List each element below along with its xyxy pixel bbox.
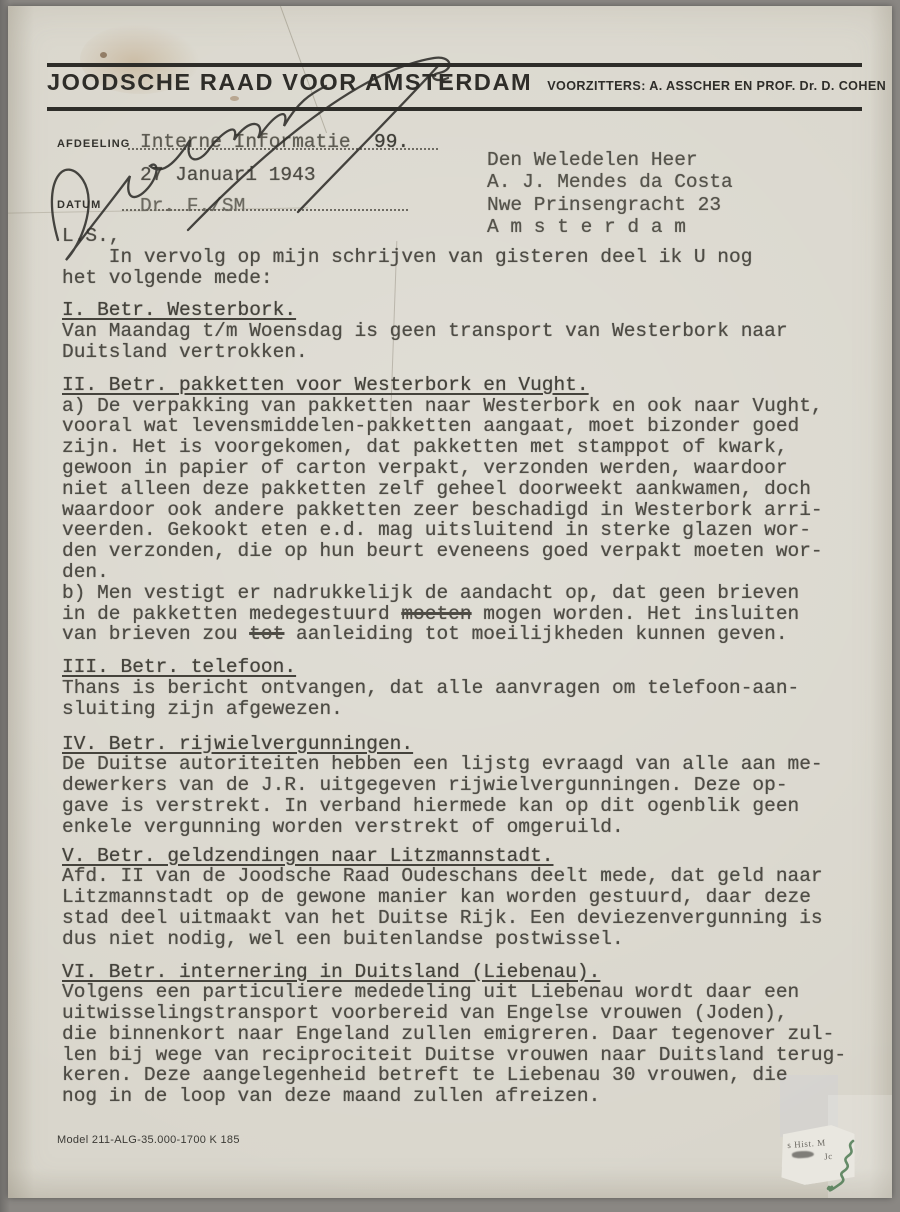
text-line: keren. Deze aangelegenheid betreft te Li…	[62, 1065, 870, 1086]
section-heading: IV. Betr. rijwielvergunningen.	[62, 734, 870, 755]
section-lines: Van Maandag t/m Woensdag is geen transpo…	[62, 321, 870, 363]
handwritten-annotation	[38, 28, 498, 298]
text-line: Litzmannstadt op de gewone manier kan wo…	[62, 887, 870, 908]
section-heading: III. Betr. telefoon.	[62, 657, 870, 678]
section-heading-text: I. Betr. Westerbork.	[62, 299, 296, 321]
chairmen-line: VOORZITTERS: A. ASSCHER EN PROF. Dr. D. …	[547, 79, 886, 93]
text-line: den.	[62, 562, 870, 583]
text-line: len bij wege van reciprociteit Duitse vr…	[62, 1045, 870, 1066]
text-line: gewoon in papier of carton verpakt, verz…	[62, 458, 870, 479]
letter-body: L.S., In vervolg op mijn schrijven van g…	[62, 226, 870, 1107]
section-internering: VI. Betr. internering in Duitsland (Lieb…	[62, 962, 870, 1108]
text-line: zijn. Het is voorgekomen, dat pakketten …	[62, 437, 870, 458]
text-line: niet alleen deze pakketten zelf geheel d…	[62, 479, 870, 500]
text-line: De Duitse autoriteiten hebben een lijstg…	[62, 754, 870, 775]
text-line: dus niet nodig, wel een buitenlandse pos…	[62, 929, 870, 950]
form-model-number: Model 211-ALG-35.000-1700 K 185	[57, 1134, 240, 1146]
section-heading-text: V. Betr. geldzendingen naar Litzmannstad…	[62, 845, 553, 867]
section-lines: Volgens een particuliere mededeling uit …	[62, 982, 870, 1107]
text-line: nog in de loop van deze maand zullen afr…	[62, 1086, 870, 1107]
section-telefoon: III. Betr. telefoon. Thans is bericht on…	[62, 657, 870, 719]
text-line: waardoor ook andere pakketten zeer besch…	[62, 500, 870, 521]
section-lines: De Duitse autoriteiten hebben een lijstg…	[62, 754, 870, 837]
text-line: Volgens een particuliere mededeling uit …	[62, 982, 870, 1003]
text-line: uitwisselingstransport voorbereid van En…	[62, 1003, 870, 1024]
text-line: b) Men vestigt er nadrukkelijk de aandac…	[62, 583, 870, 604]
section-pakketten: II. Betr. pakketten voor Westerbork en V…	[62, 375, 870, 645]
green-ink-mark	[823, 1138, 871, 1196]
section-heading-text: III. Betr. telefoon.	[62, 656, 296, 678]
text-line: van brieven zou tot aanleiding tot moeil…	[62, 624, 870, 645]
section-heading-text: IV. Betr. rijwielvergunningen.	[62, 733, 413, 755]
section-heading: II. Betr. pakketten voor Westerbork en V…	[62, 375, 870, 396]
text-line: Van Maandag t/m Woensdag is geen transpo…	[62, 321, 870, 342]
text-line: den verzonden, die op hun beurt eveneens…	[62, 541, 870, 562]
text-line: dewerkers van de J.R. uitgegeven rijwiel…	[62, 775, 870, 796]
text-line: veerden. Gekookt eten e.d. mag uitsluite…	[62, 520, 870, 541]
section-heading-text: VI. Betr. internering in Duitsland (Lieb…	[62, 961, 600, 983]
text-line: in de pakketten medegestuurd moeten moge…	[62, 604, 870, 625]
text-line: die binnenkort naar Engeland zullen emig…	[62, 1024, 870, 1045]
text-line: stad deel uitmaakt van het Duitse Rijk. …	[62, 908, 870, 929]
section-geldzendingen: V. Betr. geldzendingen naar Litzmannstad…	[62, 846, 870, 950]
text-line: Thans is bericht ontvangen, dat alle aan…	[62, 678, 870, 699]
text-line: A. J. Mendes da Costa	[487, 171, 733, 193]
section-lines: Thans is bericht ontvangen, dat alle aan…	[62, 678, 870, 720]
text-line: Duitsland vertrokken.	[62, 342, 870, 363]
section-westerbork: I. Betr. Westerbork. Van Maandag t/m Woe…	[62, 300, 870, 362]
section-heading-text: II. Betr. pakketten voor Westerbork en V…	[62, 374, 589, 396]
text-line: enkele vergunning worden verstrekt of om…	[62, 817, 870, 838]
text-line: a) De verpakking van pakketten naar West…	[62, 396, 870, 417]
text-line: vooral wat levensmiddelen-pakketten aang…	[62, 416, 870, 437]
section-heading: V. Betr. geldzendingen naar Litzmannstad…	[62, 846, 870, 867]
section-rijwielvergunningen: IV. Betr. rijwielvergunningen. De Duitse…	[62, 734, 870, 838]
sticker-smudge	[792, 1150, 814, 1159]
text-line: gave is verstrekt. In verband hiermede k…	[62, 796, 870, 817]
text-line: Afd. II van de Joodsche Raad Oudeschans …	[62, 866, 870, 887]
sticker-text: s Hist. M	[787, 1137, 826, 1150]
text-line: sluiting zijn afgewezen.	[62, 699, 870, 720]
section-lines: Afd. II van de Joodsche Raad Oudeschans …	[62, 866, 870, 949]
section-heading: VI. Betr. internering in Duitsland (Lieb…	[62, 962, 870, 983]
section-lines: a) De verpakking van pakketten naar West…	[62, 396, 870, 646]
text-line: Den Weledelen Heer	[487, 149, 733, 171]
text-line: Nwe Prinsengracht 23	[487, 194, 733, 216]
document-page: JOODSCHE RAAD VOOR AMSTERDAM VOORZITTERS…	[8, 6, 892, 1198]
section-heading: I. Betr. Westerbork.	[62, 300, 870, 321]
